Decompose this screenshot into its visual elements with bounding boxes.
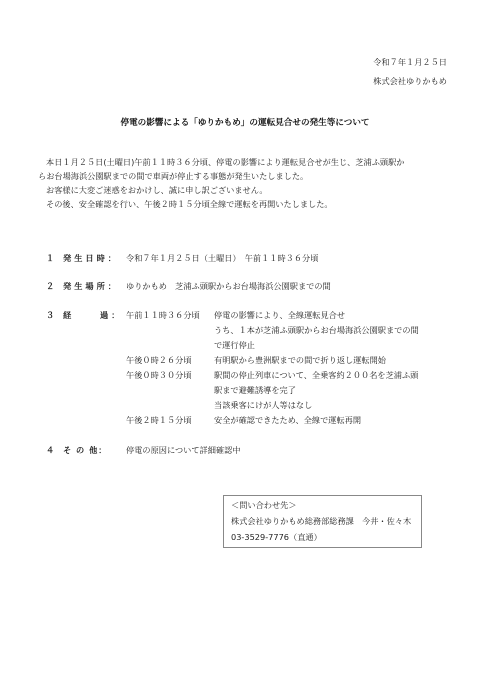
document-title: 停電の影響による「ゆりかもめ」の運転見合せの発生等について <box>0 119 490 128</box>
item-value: ゆりかもめ 芝浦ふ頭駅からお台場海浜公園駅までの間 <box>126 282 331 290</box>
contact-heading: ＜問い合わせ先＞ <box>231 501 297 509</box>
timeline-text: 安全が確認できたため、全線で運転再開 <box>214 416 361 424</box>
timeline-text: 当該乗客にけが人等はなし <box>214 401 312 409</box>
timeline-text: うち、１本が芝浦ふ頭駅からお台場海浜公園駅までの間 <box>214 326 419 334</box>
document-date: 令和７年１月２５日 <box>373 58 447 66</box>
body-line: その後、安全確認を行い、午後２時１５分頃全線で運転を再開いたしました。 <box>46 200 333 208</box>
timeline-time: 午後０時２６分頃 <box>126 356 192 364</box>
item-number: ２ <box>46 282 54 290</box>
body-line: お客様に大変ご迷惑をおかけし、誠に申し訳ございません。 <box>46 186 268 194</box>
item-label: そ の 他： <box>63 446 107 454</box>
item-label-left: 経 <box>63 311 74 319</box>
item-number: ４ <box>46 446 54 454</box>
timeline-time: 午後２時１５分頃 <box>126 416 192 424</box>
timeline-text: 有明駅から豊洲駅までの間で折り返し運転開始 <box>214 356 386 364</box>
timeline-time: 午後０時３０分頃 <box>126 371 192 379</box>
timeline-text: で運行停止 <box>214 341 255 349</box>
issuer-company: 株式会社ゆりかもめ <box>373 77 447 85</box>
timeline-text: 停電の影響により、全線運転見合せ <box>214 311 345 319</box>
item-value: 令和７年１月２５日（土曜日） 午前１１時３６分頃 <box>126 254 318 262</box>
timeline-text: 駅間の停止列車について、全乗客約２００名を芝浦ふ頭 <box>214 371 418 379</box>
item-label: 発生日時： <box>63 254 119 262</box>
body-line: らお台場海浜公園駅までの間で車両が停止する事態が発生いたしました。 <box>38 172 308 180</box>
item-label: 発生場所： <box>63 282 119 290</box>
item-value: 停電の原因について詳細確認中 <box>126 446 240 454</box>
contact-department: 株式会社ゆりかもめ総務部総務課 今井・佐々木 <box>231 517 411 525</box>
body-line: 本日１月２５日(土曜日)午前１１時３６分頃、停電の影響により運転見合せが生じ、芝… <box>46 158 404 166</box>
contact-phone: 03-3529-7776（直通） <box>231 533 322 541</box>
timeline-text: 駅まで避難誘導を完了 <box>214 386 296 394</box>
item-label-right: 過： <box>100 311 122 319</box>
item-number: ３ <box>46 311 54 319</box>
item-number: １ <box>46 254 54 262</box>
timeline-time: 午前１１時３６分頃 <box>126 311 200 319</box>
contact-box: ＜問い合わせ先＞ 株式会社ゆりかもめ総務部総務課 今井・佐々木 03-3529-… <box>223 495 422 548</box>
